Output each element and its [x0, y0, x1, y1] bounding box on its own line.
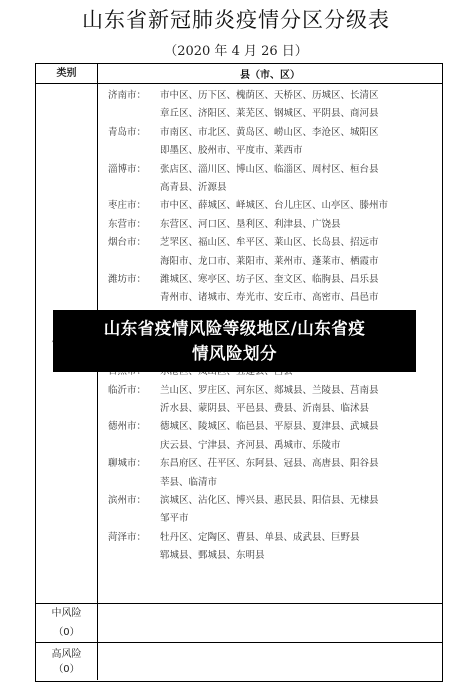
county-line: 兰山区、罗庄区、河东区、郯城县、兰陵县、莒南县 — [160, 382, 442, 400]
city-name: 烟台市： — [108, 234, 160, 271]
city-name: 临沂市： — [108, 382, 160, 419]
county-line: 芝罘区、福山区、牟平区、莱山区、长岛县、招远市 — [160, 234, 442, 252]
county-line: 章丘区、济阳区、莱芜区、钢城区、平阴县、商河县 — [160, 105, 442, 123]
document-title: 山东省新冠肺炎疫情分区分级表 — [0, 4, 472, 34]
city-counties: 芝罘区、福山区、牟平区、莱山区、长岛县、招远市海阳市、龙口市、莱阳市、莱州市、蓬… — [160, 234, 442, 271]
city-entry: 德州市：德城区、陵城区、临邑县、平原县、夏津县、武城县庆云县、宁津县、齐河县、禹… — [98, 418, 442, 455]
city-entry: 枣庄市：市中区、薛城区、峄城区、台儿庄区、山亭区、滕州市 — [98, 197, 442, 215]
risk-table: 类别 县（市、区） 低风险 济南市：市中区、历下区、槐荫区、天桥区、历城区、长清… — [35, 63, 443, 682]
city-counties: 德城区、陵城区、临邑县、平原县、夏津县、武城县庆云县、宁津县、齐河县、禹城市、乐… — [160, 418, 442, 455]
overlay-line-2: 情风险划分 — [53, 341, 416, 366]
city-entry: 淄博市：张店区、淄川区、博山区、临淄区、周村区、桓台县高青县、沂源县 — [98, 161, 442, 198]
city-counties: 东营区、河口区、垦利区、利津县、广饶县 — [160, 216, 442, 234]
city-entry: 滨州市：滨城区、沾化区、博兴县、惠民县、阳信县、无棣县邹平市 — [98, 492, 442, 529]
table-header-row: 类别 县（市、区） — [36, 64, 442, 83]
medium-risk-row: 中风险 （0） — [36, 603, 442, 642]
county-line: 郓城县、鄄城县、东明县 — [160, 547, 442, 565]
city-counties: 市中区、薛城区、峄城区、台儿庄区、山亭区、滕州市 — [160, 197, 442, 215]
high-risk-row: 高风险 （0） — [36, 642, 442, 680]
city-entry: 青岛市：市南区、市北区、黄岛区、崂山区、李沧区、城阳区即墨区、胶州市、平度市、莱… — [98, 124, 442, 161]
city-counties: 市中区、历下区、槐荫区、天桥区、历城区、长清区章丘区、济阳区、莱芜区、钢城区、平… — [160, 87, 442, 124]
high-risk-label: 高风险 — [52, 647, 82, 662]
city-counties: 兰山区、罗庄区、河东区、郯城县、兰陵县、莒南县沂水县、蒙阴县、平邑县、费县、沂南… — [160, 382, 442, 419]
county-line: 市南区、市北区、黄岛区、崂山区、李沧区、城阳区 — [160, 124, 442, 142]
city-name: 济南市： — [108, 87, 160, 124]
city-counties: 滨城区、沾化区、博兴县、惠民县、阳信县、无棣县邹平市 — [160, 492, 442, 529]
city-counties: 市南区、市北区、黄岛区、崂山区、李沧区、城阳区即墨区、胶州市、平度市、莱西市 — [160, 124, 442, 161]
city-counties: 潍城区、寒亭区、坊子区、奎文区、临朐县、昌乐县青州市、诸城市、寿光市、安丘市、高… — [160, 271, 442, 308]
county-line: 青州市、诸城市、寿光市、安丘市、高密市、昌邑市 — [160, 289, 442, 307]
city-entry: 潍坊市：潍城区、寒亭区、坊子区、奎文区、临朐县、昌乐县青州市、诸城市、寿光市、安… — [98, 271, 442, 308]
city-name: 聊城市： — [108, 455, 160, 492]
county-line: 海阳市、龙口市、莱阳市、莱州市、蓬莱市、栖霞市 — [160, 253, 442, 271]
high-risk-category: 高风险 （0） — [36, 643, 98, 680]
city-counties: 张店区、淄川区、博山区、临淄区、周村区、桓台县高青县、沂源县 — [160, 161, 442, 198]
city-name: 枣庄市： — [108, 197, 160, 215]
county-line: 潍城区、寒亭区、坊子区、奎文区、临朐县、昌乐县 — [160, 271, 442, 289]
county-line: 市中区、历下区、槐荫区、天桥区、历城区、长清区 — [160, 87, 442, 105]
county-line: 沂水县、蒙阴县、平邑县、费县、沂南县、临沭县 — [160, 400, 442, 418]
header-category: 类别 — [36, 64, 98, 83]
county-line: 东昌府区、茌平区、东阿县、冠县、高唐县、阳谷县 — [160, 455, 442, 473]
header-counties: 县（市、区） — [98, 64, 442, 83]
city-entry: 聊城市：东昌府区、茌平区、东阿县、冠县、高唐县、阳谷县莘县、临清市 — [98, 455, 442, 492]
county-line: 高青县、沂源县 — [160, 179, 442, 197]
headline-overlay-banner: 山东省疫情风险等级地区/山东省疫 情风险划分 — [53, 310, 416, 372]
county-line: 德城区、陵城区、临邑县、平原县、夏津县、武城县 — [160, 418, 442, 436]
medium-risk-counties — [98, 604, 442, 642]
high-risk-count: （0） — [53, 662, 79, 677]
header-counties-label: 县（市、区） — [240, 66, 300, 81]
county-line: 莘县、临清市 — [160, 474, 442, 492]
city-counties: 东昌府区、茌平区、东阿县、冠县、高唐县、阳谷县莘县、临清市 — [160, 455, 442, 492]
city-name: 潍坊市： — [108, 271, 160, 308]
city-name: 淄博市： — [108, 161, 160, 198]
city-entry: 菏泽市：牡丹区、定陶区、曹县、单县、成武县、巨野县郓城县、鄄城县、东明县 — [98, 529, 442, 566]
city-entry: 济南市：市中区、历下区、槐荫区、天桥区、历城区、长清区章丘区、济阳区、莱芜区、钢… — [98, 87, 442, 124]
medium-risk-category: 中风险 （0） — [36, 604, 98, 642]
medium-risk-label: 中风险 — [52, 604, 82, 623]
city-entry: 东营市：东营区、河口区、垦利区、利津县、广饶县 — [98, 216, 442, 234]
city-entry: 烟台市：芝罘区、福山区、牟平区、莱山区、长岛县、招远市海阳市、龙口市、莱阳市、莱… — [98, 234, 442, 271]
city-name: 德州市： — [108, 418, 160, 455]
county-line: 牡丹区、定陶区、曹县、单县、成武县、巨野县 — [160, 529, 442, 547]
county-line: 庆云县、宁津县、齐河县、禹城市、乐陵市 — [160, 437, 442, 455]
city-counties: 牡丹区、定陶区、曹县、单县、成武县、巨野县郓城县、鄄城县、东明县 — [160, 529, 442, 566]
medium-risk-count: （0） — [53, 623, 79, 642]
county-line: 邹平市 — [160, 510, 442, 528]
city-name: 滨州市： — [108, 492, 160, 529]
city-name: 菏泽市： — [108, 529, 160, 566]
county-line: 东营区、河口区、垦利区、利津县、广饶县 — [160, 216, 442, 234]
county-line: 滨城区、沾化区、博兴县、惠民县、阳信县、无棣县 — [160, 492, 442, 510]
county-line: 市中区、薛城区、峄城区、台儿庄区、山亭区、滕州市 — [160, 197, 442, 215]
county-line: 张店区、淄川区、博山区、临淄区、周村区、桓台县 — [160, 161, 442, 179]
high-risk-counties — [98, 643, 442, 680]
document-date: （2020 年 4 月 26 日） — [0, 40, 472, 59]
city-name: 东营市： — [108, 216, 160, 234]
county-line: 即墨区、胶州市、平度市、莱西市 — [160, 142, 442, 160]
overlay-line-1: 山东省疫情风险等级地区/山东省疫 — [53, 316, 416, 341]
city-name: 青岛市： — [108, 124, 160, 161]
city-entry: 临沂市：兰山区、罗庄区、河东区、郯城县、兰陵县、莒南县沂水县、蒙阴县、平邑县、费… — [98, 382, 442, 419]
